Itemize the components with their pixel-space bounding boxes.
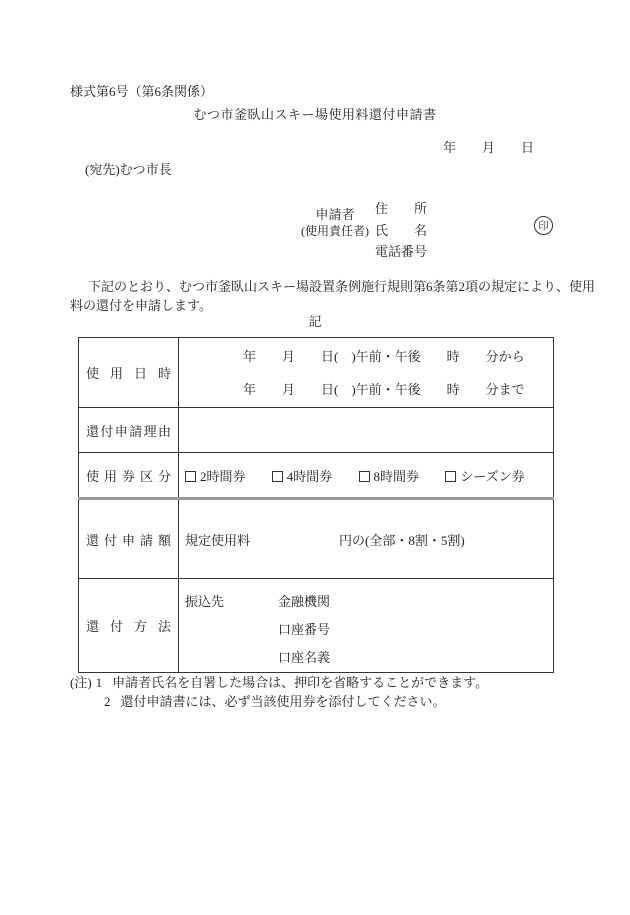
note-text: 申請者氏名を自署した場合は、押印を省略することができます。: [112, 675, 488, 690]
ticket-option-2hour: 2時間券: [185, 469, 246, 484]
usage-from-line: 年 月 日( )午前・午後 時 分から: [179, 340, 553, 373]
amount-suffix: 円の(全部・8割・5割): [339, 533, 465, 548]
ticket-option-8hour: 8時間券: [359, 469, 420, 484]
account-name-label: 口座名義: [185, 644, 553, 672]
checkbox-icon[interactable]: [359, 471, 370, 482]
refund-application-table: 使用日時 年 月 日( )午前・午後 時 分から 年 月 日( )午前・午後 時…: [78, 337, 554, 673]
date-line: 年 月 日: [443, 137, 534, 156]
seal-mark-icon: 印: [534, 216, 553, 235]
refund-amount-cell: 規定使用料円の(全部・8割・5割): [179, 499, 554, 579]
refund-reason-value: [179, 408, 554, 453]
usage-to-line: 年 月 日( )午前・午後 時 分まで: [179, 373, 553, 406]
usage-datetime-label: 使用日時: [79, 338, 179, 408]
page-title: むつ市釜臥山スキー場使用料還付申請書: [0, 104, 630, 123]
account-number-label: 口座番号: [185, 616, 553, 644]
applicant-role-subtitle: (使用責任者): [292, 223, 378, 239]
checkbox-icon[interactable]: [185, 471, 196, 482]
ticket-option-label: 8時間券: [374, 469, 420, 484]
note-1: (注)1申請者氏名を自署した場合は、押印を省略することができます。: [70, 672, 488, 691]
applicant-role-title: 申請者: [292, 207, 378, 223]
checkbox-icon[interactable]: [272, 471, 283, 482]
ticket-option-label: 2時間券: [200, 469, 246, 484]
usage-datetime-cell: 年 月 日( )午前・午後 時 分から 年 月 日( )午前・午後 時 分まで: [179, 338, 554, 408]
bank-field-label: 金融機関: [278, 594, 330, 609]
ticket-option-4hour: 4時間券: [272, 469, 333, 484]
transfer-line: 振込先金融機関: [185, 588, 553, 616]
applicant-role: 申請者 (使用責任者): [292, 207, 378, 239]
note-prefix: (注): [70, 675, 92, 690]
intro-paragraph-line1: 下記のとおり、むつ市釜臥山スキー場設置条例施行規則第6条第2項の規定により、使用: [88, 276, 595, 295]
table-row-refund-method: 還付方法 振込先金融機関 口座番号 口座名義: [79, 579, 554, 673]
ticket-type-cell: 2時間券 4時間券 8時間券 シーズン券: [179, 453, 554, 499]
refund-reason-label: 還付申請理由: [79, 408, 179, 453]
note-text: 還付申請書には、必ず当該使用券を添付してください。: [121, 694, 446, 709]
note-2: 2還付申請書には、必ず当該使用券を添付してください。: [104, 691, 446, 710]
note-number: 1: [96, 675, 103, 690]
form-page: 様式第6号（第6条関係） むつ市釜臥山スキー場使用料還付申請書 年 月 日 (宛…: [0, 0, 630, 915]
addressee: (宛先)むつ市長: [85, 159, 172, 178]
phone-label: 電話番号: [375, 241, 427, 263]
checkbox-icon[interactable]: [445, 471, 456, 482]
refund-method-cell: 振込先金融機関 口座番号 口座名義: [179, 579, 554, 673]
ticket-option-season: シーズン券: [445, 469, 524, 484]
refund-method-label: 還付方法: [79, 579, 179, 673]
note-number: 2: [104, 694, 111, 709]
table-row-refund-amount: 還付申請額 規定使用料円の(全部・8割・5割): [79, 499, 554, 579]
ticket-option-label: シーズン券: [460, 469, 524, 484]
address-label: 住 所: [375, 198, 427, 220]
applicant-fields: 住 所 氏 名 電話番号: [375, 198, 427, 263]
record-marker: 記: [0, 311, 630, 330]
ticket-type-label: 使用券区分: [79, 453, 179, 499]
table-row-ticket-type: 使用券区分 2時間券 4時間券 8時間券 シーズン券: [79, 453, 554, 499]
refund-amount-label: 還付申請額: [79, 499, 179, 579]
transfer-to-label: 振込先: [185, 588, 278, 616]
table-row-refund-reason: 還付申請理由: [79, 408, 554, 453]
ticket-option-label: 4時間券: [287, 469, 333, 484]
amount-prefix: 規定使用料: [185, 530, 339, 549]
name-label: 氏 名: [375, 220, 427, 242]
table-row-usage-datetime: 使用日時 年 月 日( )午前・午後 時 分から 年 月 日( )午前・午後 時…: [79, 338, 554, 408]
form-number: 様式第6号（第6条関係）: [70, 81, 213, 100]
